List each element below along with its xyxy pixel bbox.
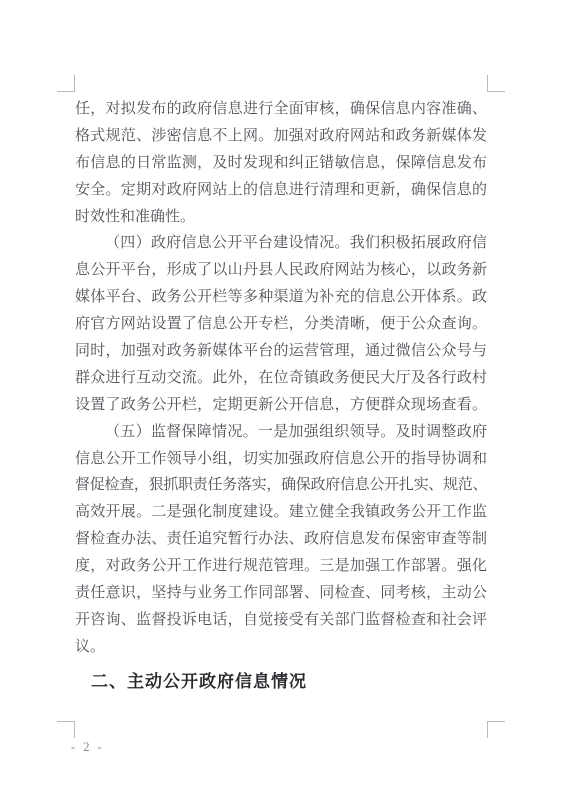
text-line: 高效开展。二是强化制度建设。建立健全我镇政务公开工作监: [75, 499, 487, 526]
text-line: 信息公开工作领导小组，切实加强政府信息公开的指导协调和: [75, 446, 487, 473]
text-line: 府官方网站设置了信息公开专栏，分类清晰，便于公众查询。: [75, 311, 487, 338]
crop-mark-bottom-left: [57, 721, 75, 738]
section-heading: 二、主动公开政府信息情况: [75, 668, 487, 695]
crop-mark-top-right: [487, 75, 505, 92]
text-line: 媒体平台、政务公开栏等多种渠道为补充的信息公开体系。政: [75, 284, 487, 311]
document-page: 任，对拟发布的政府信息进行全面审核，确保信息内容准确、 格式规范、涉密信息不上网…: [0, 0, 562, 797]
text-line: 设置了政务公开栏，定期更新公开信息，方便群众现场查看。: [75, 392, 487, 419]
document-body: 任，对拟发布的政府信息进行全面审核，确保信息内容准确、 格式规范、涉密信息不上网…: [75, 96, 487, 695]
page-number: - 2 -: [71, 740, 104, 755]
text-line: 息公开平台，形成了以山丹县人民政府网站为核心，以政务新: [75, 257, 487, 284]
text-line: 群众进行互动交流。此外，在位奇镇政务便民大厅及各行政村: [75, 365, 487, 392]
text-line: 同时，加强对政务新媒体平台的运营管理，通过微信公众号与: [75, 338, 487, 365]
text-line: 督促检查，狠抓职责任务落实，确保政府信息公开扎实、规范、: [75, 472, 487, 499]
text-line: （四）政府信息公开平台建设情况。我们积极拓展政府信: [75, 230, 487, 257]
text-line: 时效性和准确性。: [75, 204, 487, 231]
crop-mark-bottom-right: [487, 721, 505, 738]
text-line: （五）监督保障情况。一是加强组织领导。及时调整政府: [75, 419, 487, 446]
text-line: 议。: [75, 634, 487, 661]
text-line: 度，对政务公开工作进行规范管理。三是加强工作部署。强化: [75, 553, 487, 580]
text-line: 布信息的日常监测，及时发现和纠正错敏信息，保障信息发布: [75, 150, 487, 177]
text-line: 安全。定期对政府网站上的信息进行清理和更新，确保信息的: [75, 177, 487, 204]
text-line: 督检查办法、责任追究暂行办法、政府信息发布保密审查等制: [75, 526, 487, 553]
text-line: 格式规范、涉密信息不上网。加强对政府网站和政务新媒体发: [75, 123, 487, 150]
crop-mark-top-left: [57, 75, 75, 92]
paragraph: 任，对拟发布的政府信息进行全面审核，确保信息内容准确、 格式规范、涉密信息不上网…: [75, 96, 487, 230]
paragraph: （五）监督保障情况。一是加强组织领导。及时调整政府 信息公开工作领导小组，切实加…: [75, 419, 487, 661]
text-line: 责任意识，坚持与业务工作同部署、同检查、同考核，主动公: [75, 580, 487, 607]
text-line: 开咨询、监督投诉电话，自觉接受有关部门监督检查和社会评: [75, 607, 487, 634]
text-line: 任，对拟发布的政府信息进行全面审核，确保信息内容准确、: [75, 96, 487, 123]
paragraph: （四）政府信息公开平台建设情况。我们积极拓展政府信 息公开平台，形成了以山丹县人…: [75, 230, 487, 418]
